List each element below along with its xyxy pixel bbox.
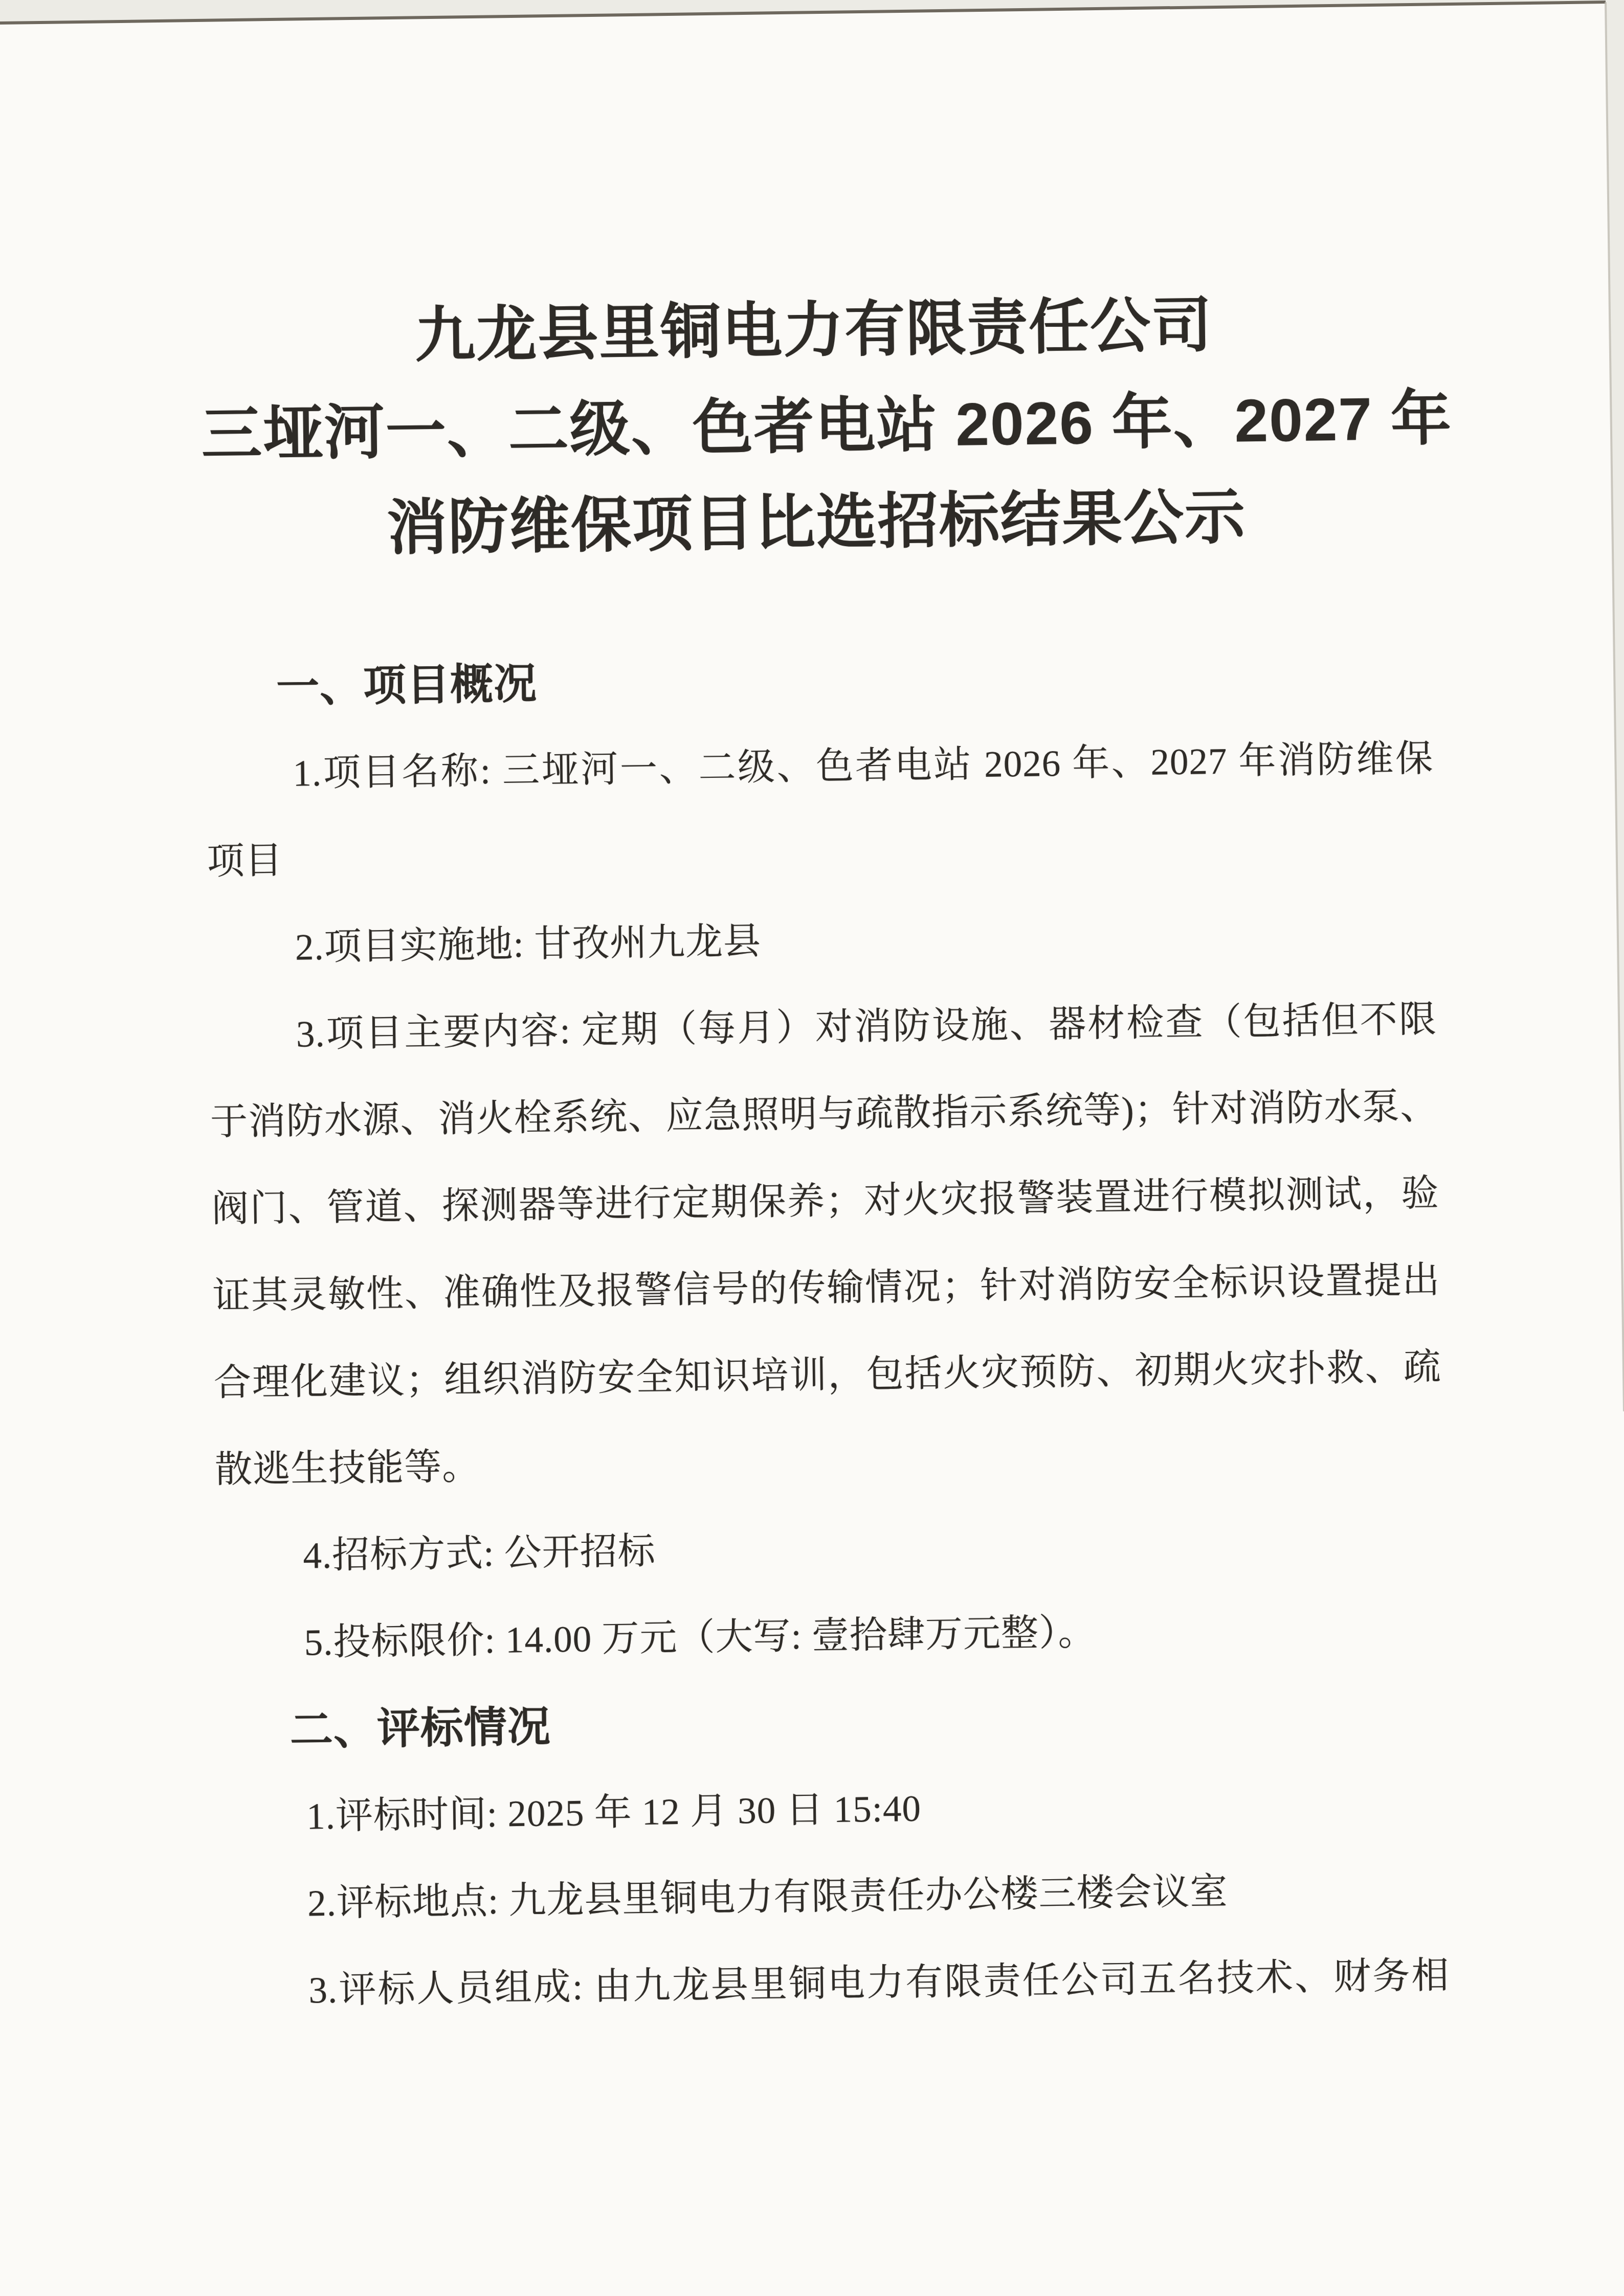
title-line-1: 九龙县里铜电力有限责任公司 xyxy=(199,275,1428,387)
section-heading: 二、评标情况 xyxy=(218,1671,1447,1774)
text-line: 于消防水源、消火栓系统、应急照明与疏散指示系统等)；针对消防水泵、 xyxy=(210,1063,1438,1165)
document-content: 九龙县里铜电力有限责任公司三垭河一、二级、色者电站 2026 年、2027 年消… xyxy=(199,275,1450,2035)
text-line: 1.评标时间: 2025 年 12 月 30 日 15:40 xyxy=(219,1758,1448,1861)
text-line: 2.评标地点: 九龙县里铜电力有限责任办公楼三楼会议室 xyxy=(220,1845,1449,1948)
text-line: 项目 xyxy=(207,802,1435,905)
text-line: 1.项目名称: 三垭河一、二级、色者电站 2026 年、2027 年消防维保 xyxy=(205,715,1434,818)
title-line-2: 三垭河一、二级、色者电站 2026 年、2027 年 xyxy=(201,371,1429,483)
text-line: 证其灵敏性、准确性及报警信号的传输情况；针对消防安全标识设置提出 xyxy=(212,1236,1441,1339)
text-line: 合理化建议；组织消防安全知识培训，包括火灾预防、初期火灾扑救、疏 xyxy=(213,1323,1442,1426)
document-title: 九龙县里铜电力有限责任公司三垭河一、二级、色者电站 2026 年、2027 年消… xyxy=(199,275,1431,579)
text-line: 散逃生技能等。 xyxy=(214,1410,1443,1513)
title-line-3: 消防维保项目比选招标结果公示 xyxy=(202,467,1431,579)
scanned-document-page: { "page": { "background_color": "#ecebe5… xyxy=(0,0,1624,2296)
text-line: 3.项目主要内容: 定期（每月）对消防设施、器材检查（包括但不限 xyxy=(209,976,1437,1078)
text-line: 3.评标人员组成: 由九龙县里铜电力有限责任公司五名技术、财务相 xyxy=(221,1932,1450,2035)
text-line: 4.招标方式: 公开招标 xyxy=(215,1497,1444,1600)
document-body: 一、项目概况1.项目名称: 三垭河一、二级、色者电站 2026 年、2027 年… xyxy=(204,628,1450,2035)
text-line: 2.项目实施地: 甘孜州九龙县 xyxy=(208,889,1436,992)
section-heading: 一、项目概况 xyxy=(204,628,1433,731)
text-line: 5.投标限价: 14.00 万元（大写: 壹拾肆万元整）。 xyxy=(217,1584,1445,1687)
text-line: 阀门、管道、探测器等进行定期保养；对火灾报警装置进行模拟测试，验 xyxy=(211,1150,1439,1252)
